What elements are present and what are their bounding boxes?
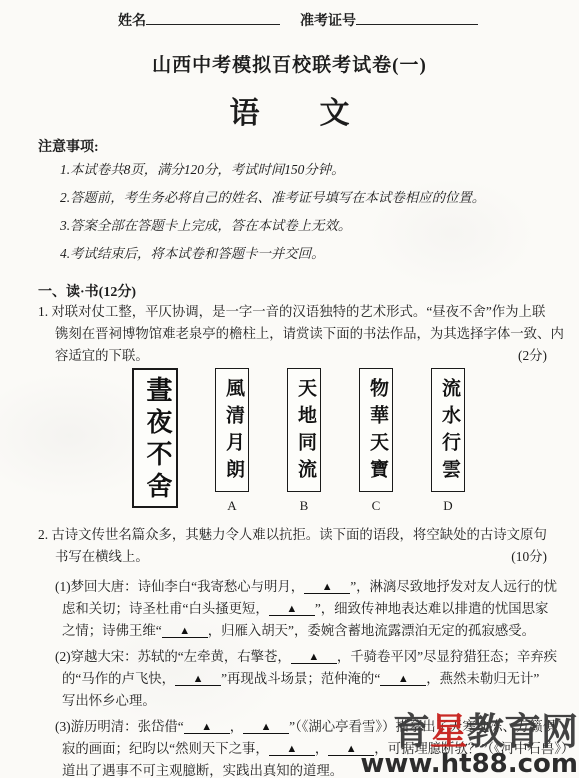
section-1-heading: 一、读·书(12分): [38, 281, 136, 301]
header-fill-row: 姓名准考证号: [118, 10, 478, 30]
paper-title: 山西中考模拟百校联考试卷(一): [0, 50, 579, 77]
q2-sub1-line-1: (1)梦回大唐：诗仙李白“我寄愁心与明月，▲”，淋漓尽致地抒发对友人远行的忧: [38, 576, 551, 598]
option-b-label: B: [300, 498, 309, 514]
subject-title: 语 文: [0, 88, 579, 132]
watermark-brand-post: 教育网: [467, 709, 578, 753]
name-label: 姓名: [118, 14, 146, 29]
calligraphy-strip-row: 晝夜不舍 風清月朗 A 天地同流 B 物華天寶 C 流水行雲 D: [132, 368, 466, 514]
site-watermark: 育星教育网 www.ht88.com: [360, 713, 578, 777]
watermark-brand-star: 星: [430, 709, 467, 753]
q2-line-1: 2. 古诗文传世名篇众多，其魅力令人难以抗拒。读下面的语段，将空缺处的古诗文原句: [38, 524, 551, 546]
notice-item-2: 2.答题前，考生务必将自己的姓名、准考证号填写在本试卷相应的位置。: [38, 184, 549, 212]
notice-item-4: 4.考试结束后，将本试卷和答题卡一并交回。: [38, 240, 549, 268]
answer-blank[interactable]: ▲: [304, 582, 350, 594]
q2-sub2-line-2: 的“马作的卢飞快，▲”再现战斗场景；范仲淹的“▲，燕然未勒归无计”: [38, 668, 551, 690]
q2-sub2-line-1: (2)穿越大宋：苏轼的“左牵黄，右擎苍，▲，千骑卷平冈”尽显狩猎狂态；辛弃疾: [38, 646, 551, 668]
answer-blank[interactable]: ▲: [162, 626, 208, 638]
notice-section: 注意事项: 1.本试卷共8页，满分120分，考试时间150分钟。 2.答题前，考…: [38, 136, 549, 268]
q1-points: (2分): [518, 345, 551, 367]
exam-paper-page: 姓名准考证号 山西中考模拟百校联考试卷(一) 语 文 注意事项: 1.本试卷共8…: [0, 0, 579, 778]
option-a-label: A: [227, 498, 236, 514]
notice-item-1: 1.本试卷共8页，满分120分，考试时间150分钟。: [38, 156, 549, 184]
answer-blank[interactable]: ▲: [269, 744, 315, 756]
option-a-scroll[interactable]: 風清月朗: [215, 368, 249, 492]
watermark-brand-pre: 育: [393, 709, 430, 753]
q2-sub-1: (1)梦回大唐：诗仙李白“我寄愁心与明月，▲”，淋漓尽致地抒发对友人远行的忧 虑…: [38, 576, 551, 642]
ticket-fill-line[interactable]: [356, 11, 478, 25]
q1-line-1: 1. 对联对仗工整，平仄协调，是一字一音的汉语独特的艺术形式。“昼夜不舍”作为上…: [38, 301, 551, 323]
watermark-brand: 育星教育网: [360, 713, 578, 750]
option-c[interactable]: 物華天寶 C: [358, 368, 394, 514]
option-b[interactable]: 天地同流 B: [286, 368, 322, 514]
ticket-label: 准考证号: [300, 14, 356, 29]
option-a[interactable]: 風清月朗 A: [214, 368, 250, 514]
q2-sub1-line-3: 之情；诗佛王维“▲，归雁入胡天”，委婉含蓄地流露漂泊无定的孤寂感受。: [38, 620, 551, 642]
name-fill-line[interactable]: [146, 11, 280, 25]
answer-blank[interactable]: ▲: [380, 674, 426, 686]
q1-line-3: 容适宜的下联。: [38, 345, 149, 367]
q2-line-2: 书写在横线上。: [38, 546, 149, 568]
q2-sub-2: (2)穿越大宋：苏轼的“左牵黄，右擎苍，▲，千骑卷平冈”尽显狩猎狂态；辛弃疾 的…: [38, 646, 551, 712]
option-d-label: D: [443, 498, 452, 514]
question-1: 1. 对联对仗工整，平仄协调，是一字一音的汉语独特的艺术形式。“昼夜不舍”作为上…: [38, 301, 551, 367]
q2-sub1-line-2: 虑和关切；诗圣杜甫“白头搔更短，▲”，细致传神地表达难以排遣的忧国思家: [38, 598, 551, 620]
option-b-scroll[interactable]: 天地同流: [287, 368, 321, 492]
watermark-url: www.ht88.com: [360, 751, 578, 777]
answer-blank[interactable]: ▲: [291, 652, 337, 664]
answer-blank[interactable]: ▲: [269, 604, 315, 616]
q1-line-2: 镌刻在晋祠博物馆难老泉亭的檐柱上，请赏读下面的书法作品，为其选择字体一致、内: [38, 323, 551, 345]
answer-blank[interactable]: ▲: [175, 674, 221, 686]
notice-heading: 注意事项:: [38, 136, 549, 156]
upper-couplet-scroll: 晝夜不舍: [132, 368, 178, 508]
option-d-scroll[interactable]: 流水行雲: [431, 368, 465, 492]
option-c-label: C: [372, 498, 381, 514]
q2-points: (10分): [511, 546, 551, 568]
answer-blank[interactable]: ▲: [184, 722, 230, 734]
notice-item-3: 3.答案全部在答题卡上完成，答在本试卷上无效。: [38, 212, 549, 240]
option-c-scroll[interactable]: 物華天寶: [359, 368, 393, 492]
answer-blank[interactable]: ▲: [243, 722, 289, 734]
option-d[interactable]: 流水行雲 D: [430, 368, 466, 514]
